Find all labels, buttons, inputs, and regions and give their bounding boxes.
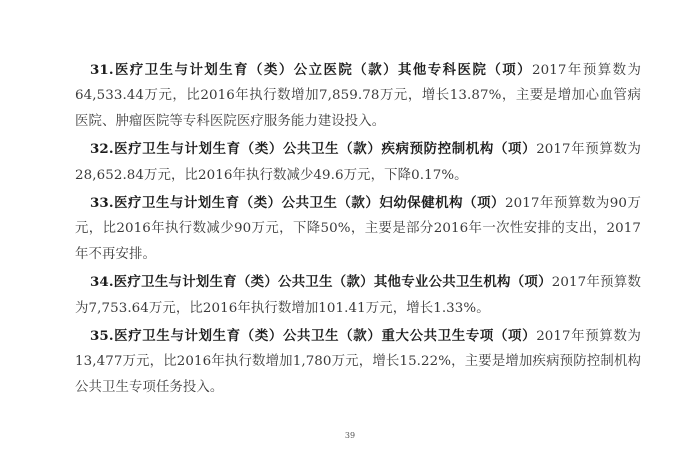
paragraph-heading: 34.医疗卫生与计划生育（类）公共卫生（款）其他专业公共卫生机构（项）	[90, 274, 552, 290]
paragraph-heading: 33.医疗卫生与计划生育（类）公共卫生（款）妇幼保健机构（项）	[90, 195, 505, 211]
page-number: 39	[0, 431, 700, 440]
paragraph-32: 32.医疗卫生与计划生育（类）公共卫生（款）疾病预防控制机构（项）2017年预算…	[75, 137, 641, 188]
paragraph-31: 31.医疗卫生与计划生育（类）公立医院（款）其他专科医院（项）2017年预算数为…	[75, 58, 641, 134]
paragraph-34: 34.医疗卫生与计划生育（类）公共卫生（款）其他专业公共卫生机构（项）2017年…	[75, 270, 641, 321]
paragraph-heading: 32.医疗卫生与计划生育（类）公共卫生（款）疾病预防控制机构（项）	[90, 141, 536, 157]
paragraph-35: 35.医疗卫生与计划生育（类）公共卫生（款）重大公共卫生专项（项）2017年预算…	[75, 324, 641, 400]
document-page: 31.医疗卫生与计划生育（类）公立医院（款）其他专科医院（项）2017年预算数为…	[75, 58, 641, 403]
paragraph-heading: 35.医疗卫生与计划生育（类）公共卫生（款）重大公共卫生专项（项）	[90, 328, 536, 344]
paragraph-33: 33.医疗卫生与计划生育（类）公共卫生（款）妇幼保健机构（项）2017年预算数为…	[75, 191, 641, 267]
paragraph-heading: 31.医疗卫生与计划生育（类）公立医院（款）其他专科医院（项）	[90, 62, 532, 78]
